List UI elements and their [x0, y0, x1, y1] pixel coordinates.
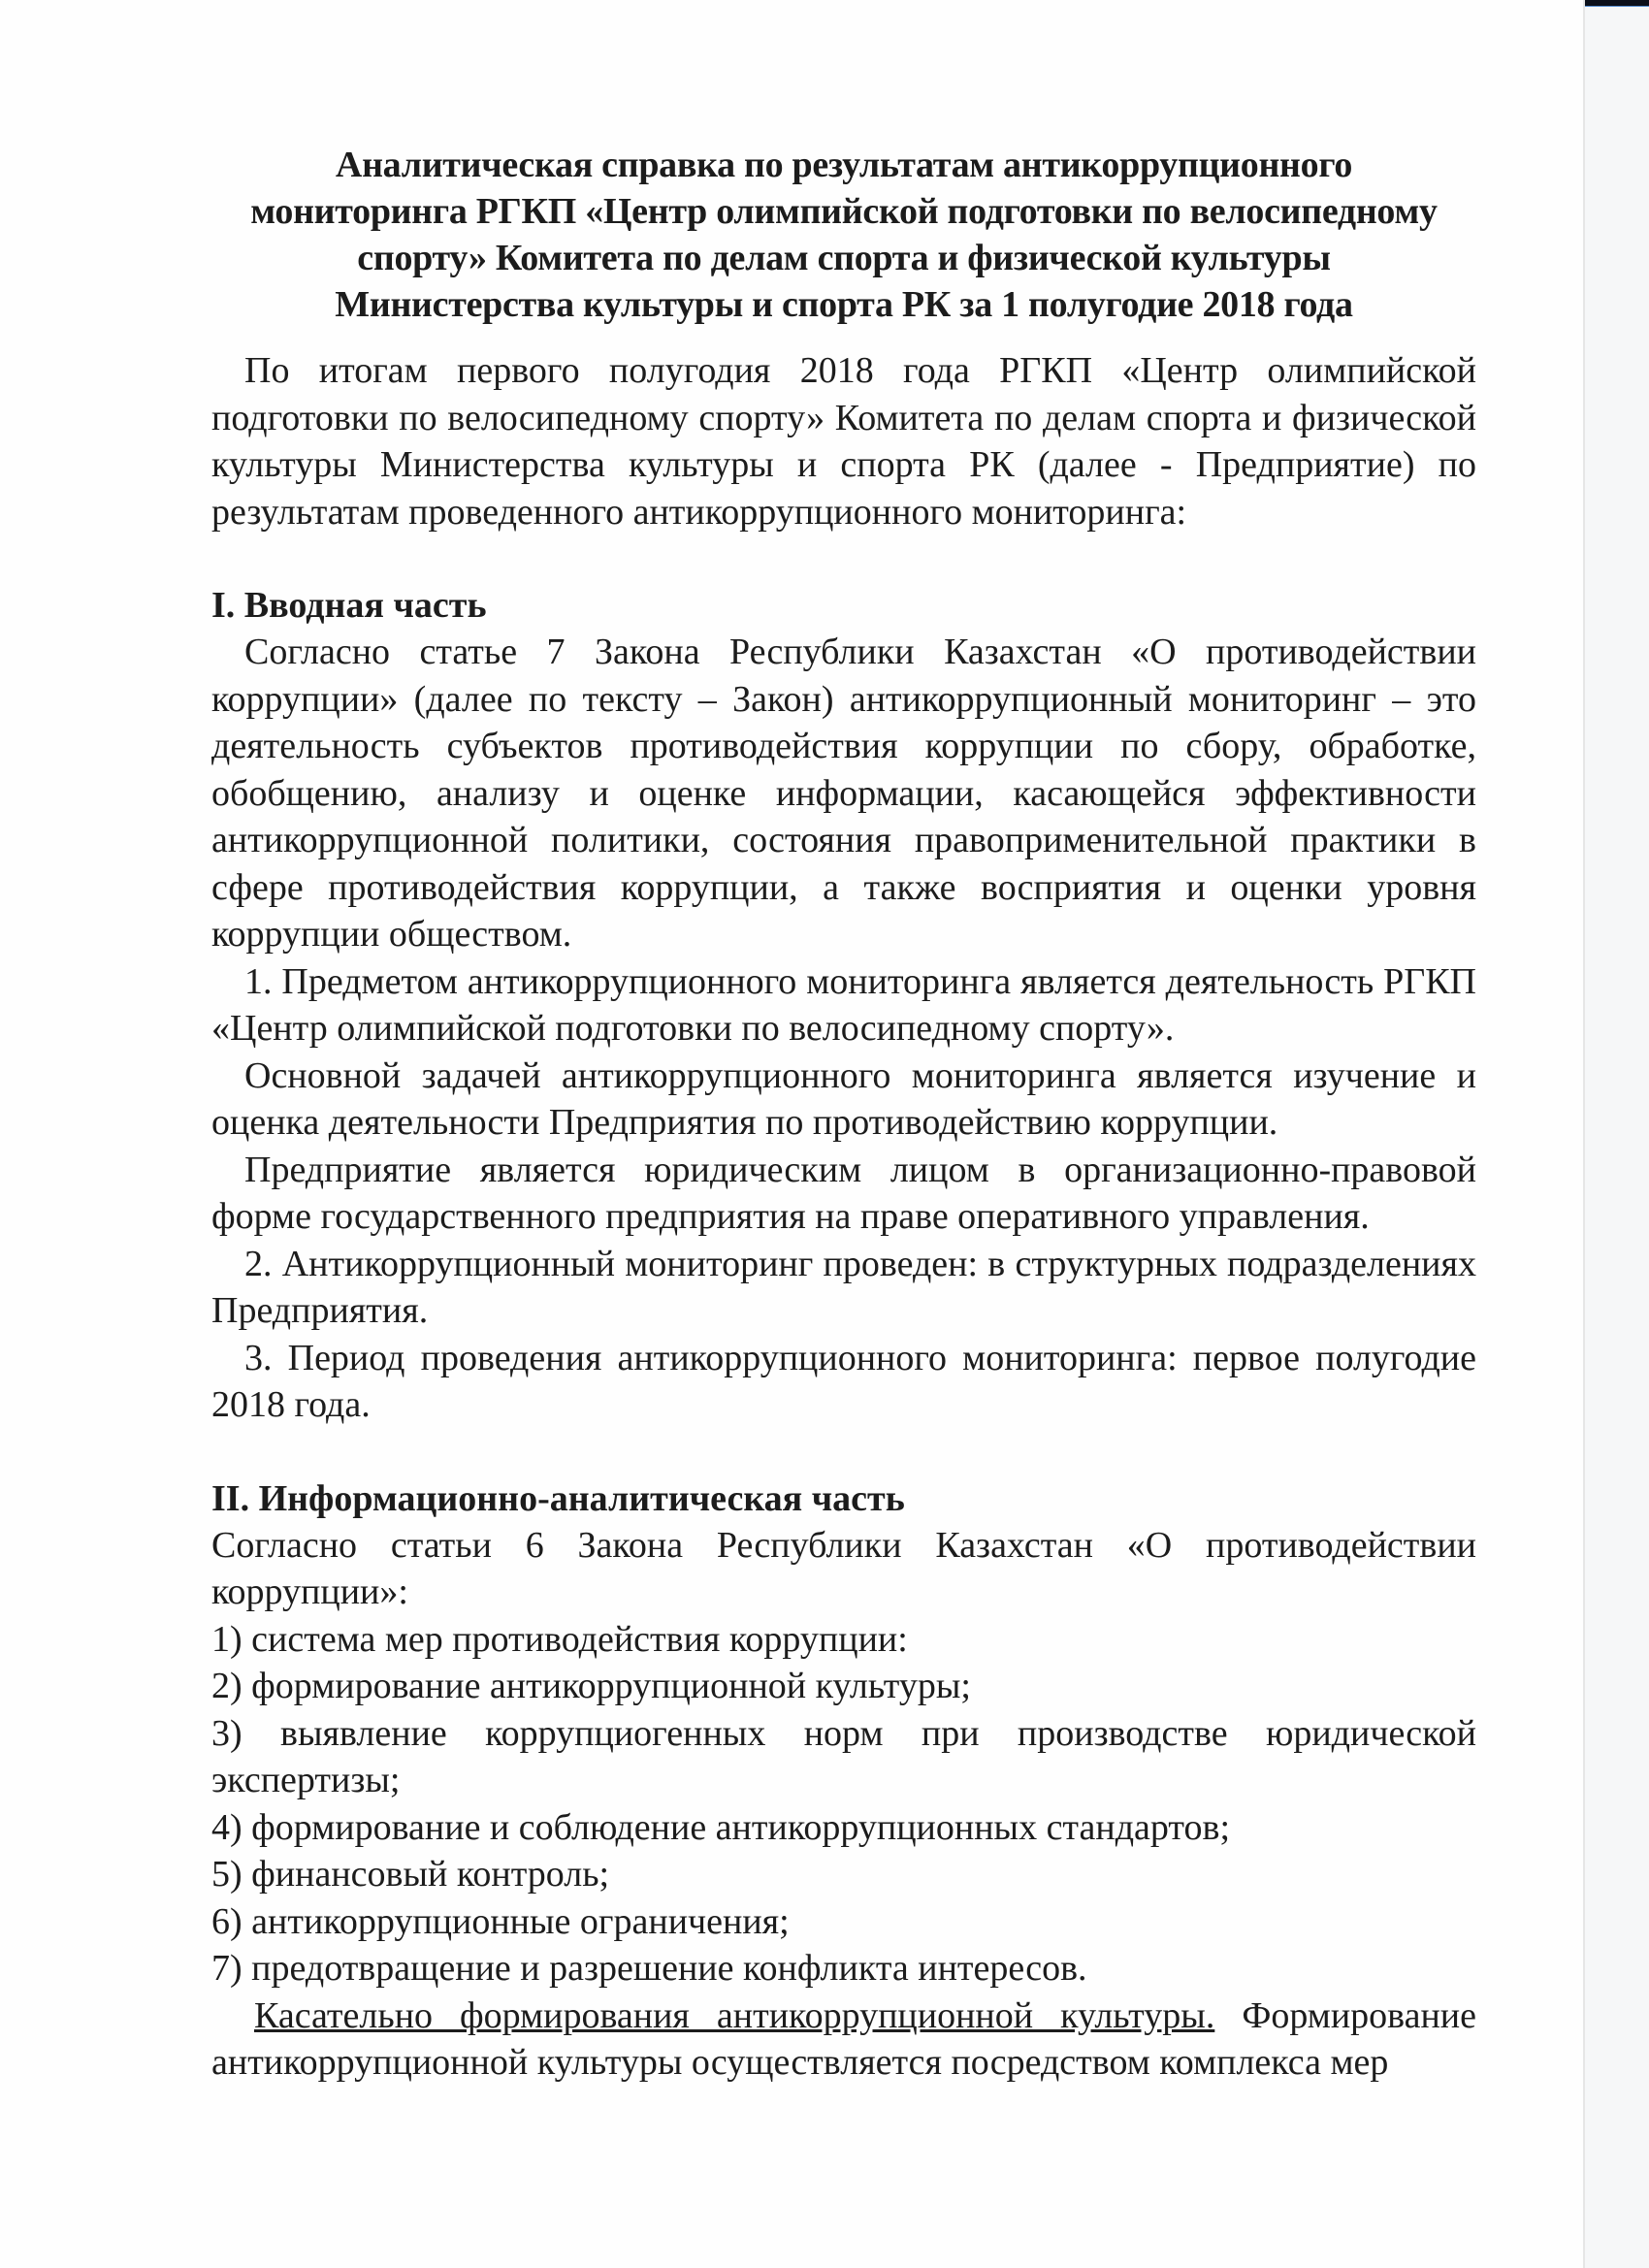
list-item: 7) предотвращение и разрешение конфликта…	[211, 1945, 1476, 1993]
scan-page-edge	[1583, 0, 1649, 2268]
section-1-paragraph: Согласно статье 7 Закона Республики Каза…	[211, 629, 1476, 958]
section-1-paragraph: 1. Предметом антикоррупционного монитори…	[211, 958, 1476, 1053]
section-2-lead: Согласно статьи 6 Закона Республики Каза…	[211, 1522, 1476, 1616]
section-1-paragraph: 2. Антикоррупционный мониторинг проведен…	[211, 1241, 1476, 1335]
list-item: 5) финансовый контроль;	[211, 1851, 1476, 1898]
title-line: Министерства культуры и спорта РК за 1 п…	[211, 281, 1476, 328]
section-2-heading: II. Информационно-аналитическая часть	[211, 1475, 1476, 1522]
underlined-subheading: Касательно формирования антикоррупционно…	[254, 1995, 1214, 2036]
document-page: Аналитическая справка по результатам ант…	[211, 142, 1476, 2087]
section-1-paragraph: 3. Период проведения антикоррупционного …	[211, 1335, 1476, 1429]
section-1-paragraph: Основной задачей антикоррупционного мони…	[211, 1053, 1476, 1147]
title-line: спорту» Комитета по делам спорта и физич…	[211, 235, 1476, 281]
measures-list: 1) система мер противодействия коррупции…	[211, 1616, 1476, 1993]
list-item: 3) выявление коррупциогенных норм при пр…	[211, 1710, 1476, 1804]
section-1-heading: I. Вводная часть	[211, 582, 1476, 629]
list-item: 2) формирование антикоррупционной культу…	[211, 1663, 1476, 1710]
scan-corner-mark	[1585, 0, 1649, 7]
title-line: мониторинга РГКП «Центр олимпийской подг…	[211, 188, 1476, 235]
title-line: Аналитическая справка по результатам ант…	[211, 142, 1476, 188]
section-1-paragraph: Предприятие является юридическим лицом в…	[211, 1147, 1476, 1241]
document-title: Аналитическая справка по результатам ант…	[211, 142, 1476, 328]
closing-paragraph: Касательно формирования антикоррупционно…	[211, 1993, 1476, 2087]
list-item: 4) формирование и соблюдение антикоррупц…	[211, 1804, 1476, 1852]
list-item: 6) антикоррупционные ограничения;	[211, 1898, 1476, 1946]
list-item: 1) система мер противодействия коррупции…	[211, 1616, 1476, 1664]
intro-paragraph: По итогам первого полугодия 2018 года РГ…	[211, 347, 1476, 535]
